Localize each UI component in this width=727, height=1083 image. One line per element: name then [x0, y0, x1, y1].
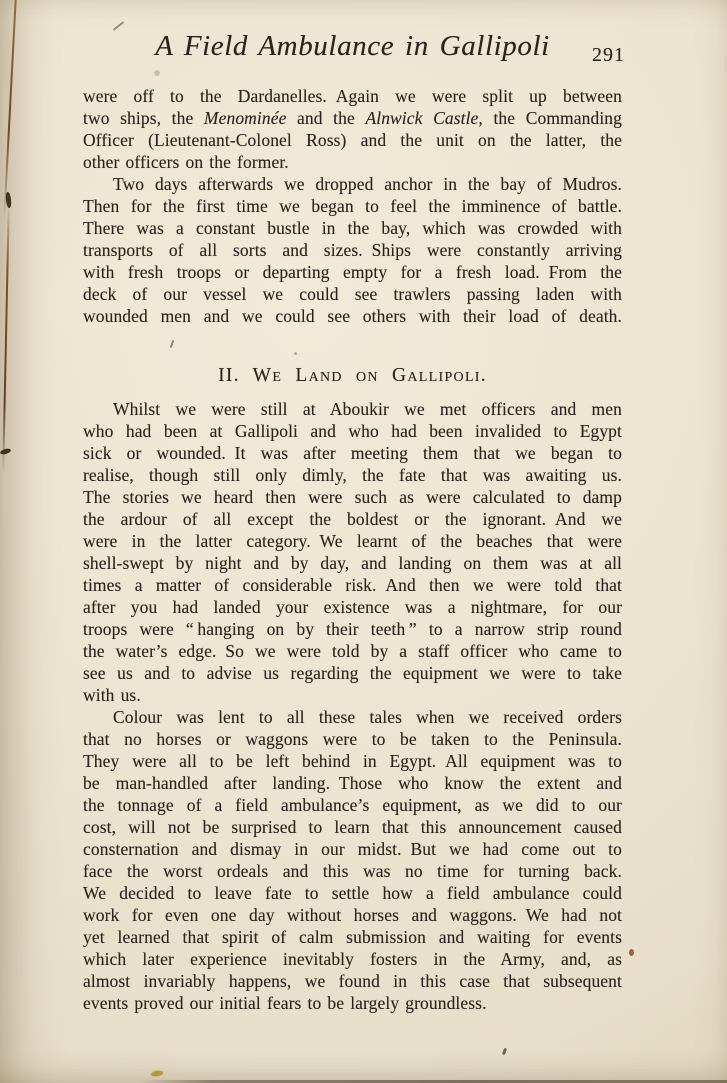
ship-name-italic: Menominée	[204, 108, 287, 128]
page-number: 291	[560, 44, 625, 66]
text-line: Officer (Lieutenant-Colonel Ross) and th…	[83, 129, 622, 151]
text-line: which later experience inevitably foster…	[83, 948, 622, 970]
text-line: There was a constant bustle in the bay, …	[83, 217, 622, 239]
text-line: transports of all sorts and sizes. Ships…	[83, 239, 622, 261]
text-line: were off to the Dardanelles. Again we we…	[83, 85, 622, 107]
text-segment: the Commanding	[493, 108, 622, 128]
page-gutter-crease	[2, 203, 10, 473]
text-line: deck of our vessel we could see trawlers…	[83, 283, 622, 305]
text-line: Colour was lent to all these tales when …	[83, 706, 622, 728]
text-segment: two ships, the	[83, 108, 193, 128]
text-line: Whilst we were still at Aboukir we met o…	[83, 398, 622, 420]
text-line: the water’s edge. So we were told by a s…	[83, 640, 622, 662]
text-line: were in the latter category. We learnt o…	[83, 530, 622, 552]
text-line: work for even one day without horses and…	[83, 904, 622, 926]
text-line: after you had landed your existence was …	[83, 596, 622, 618]
text-line: Two days afterwards we dropped anchor in…	[83, 173, 622, 195]
paper-speck	[629, 949, 634, 956]
text-line: troops were “ hanging on by their teeth …	[83, 618, 622, 640]
text-line: times a matter of considerable risk. And…	[83, 574, 622, 596]
text-line: events proved our initial fears to be la…	[83, 992, 622, 1014]
page-edge-mark	[5, 192, 12, 208]
text-line: shell-swept by night and by day, and lan…	[83, 552, 622, 574]
running-header-title: A Field Ambulance in Gallipoli	[83, 29, 622, 63]
book-page: A Field Ambulance in Gallipoli 291 were …	[0, 0, 727, 1083]
text-line: yet learned that spirit of calm submissi…	[83, 926, 622, 948]
paragraph-block-1: were off to the Dardanelles. Again we we…	[83, 85, 622, 327]
paragraph-block-2: Whilst we were still at Aboukir we met o…	[83, 398, 622, 1014]
text-line: sick or wounded. It was after meeting th…	[83, 442, 622, 464]
text-line: realise, though still only dimly, the fa…	[83, 464, 622, 486]
text-line: other officers on the former.	[83, 151, 622, 173]
text-line: face the worst ordeals and this was no t…	[83, 860, 622, 882]
text-line: who had been at Gallipoli and who had be…	[83, 420, 622, 442]
paper-speck	[502, 1048, 507, 1056]
text-line: wounded men and we could see others with…	[83, 305, 622, 327]
text-line: cost, will not be surprised to learn tha…	[83, 816, 622, 838]
text-line: two ships, the Menominée and the Alnwick…	[83, 107, 622, 129]
text-segment: and the	[297, 108, 355, 128]
paper-scratch	[170, 340, 174, 348]
ship-name-italic: Alnwick Castle,	[365, 108, 482, 128]
text-line: with us.	[83, 684, 622, 706]
text-line: that no horses or waggons were to be tak…	[83, 728, 622, 750]
text-line: The stories we heard then were such as w…	[83, 486, 622, 508]
paper-speck	[294, 352, 297, 355]
text-line: the tonnage of a field ambulance’s equip…	[83, 794, 622, 816]
text-line: Then for the first time we began to feel…	[83, 195, 622, 217]
text-line: They were all to be left behind in Egypt…	[83, 750, 622, 772]
text-line: almost invariably happens, we found in t…	[83, 970, 622, 992]
text-line: see us and to advise us regarding the eq…	[83, 662, 622, 684]
text-line: the ardour of all except the boldest or …	[83, 508, 622, 530]
text-line: We decided to leave fate to settle how a…	[83, 882, 622, 904]
text-line: with fresh troops or departing empty for…	[83, 261, 622, 283]
text-line: consternation and dismay in our midst. B…	[83, 838, 622, 860]
paper-speck	[154, 70, 160, 76]
page-gutter-crease	[3, 0, 17, 222]
section-heading: II. We Land on Gallipoli.	[83, 363, 622, 389]
text-line: be man-handled after landing. Those who …	[83, 772, 622, 794]
paper-speck	[151, 1070, 164, 1077]
